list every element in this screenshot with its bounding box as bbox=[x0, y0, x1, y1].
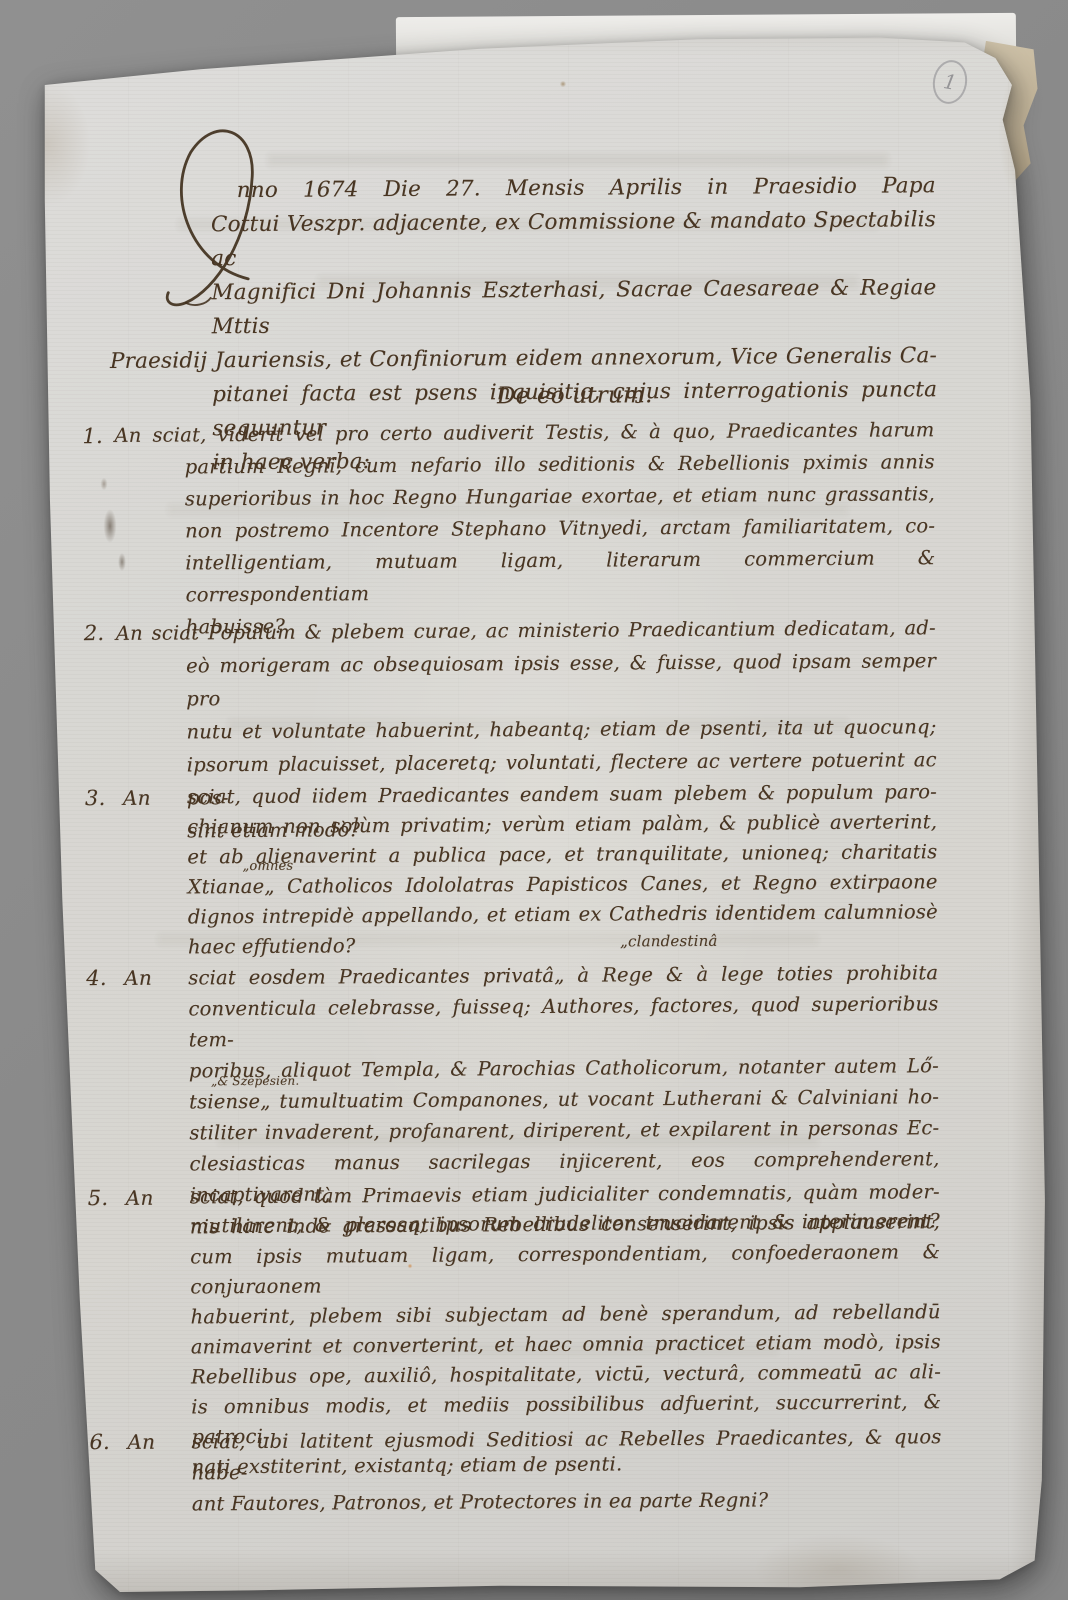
interlinear-note: „clandestinâ bbox=[620, 935, 718, 949]
text-line-content: Xtianae„ Catholicos Idololatras Papistic… bbox=[187, 870, 937, 898]
text-line-content: tsiense„ tumultuatim Companones, ut voca… bbox=[189, 1085, 939, 1113]
scan-background: { "scan": { "background_color": "#8b8b8b… bbox=[0, 0, 1068, 1600]
item-number: 2. bbox=[84, 617, 105, 650]
text-line: „& Szepesien.tsiense„ tumultuatim Compan… bbox=[189, 1081, 939, 1117]
interlinear-note: „& Szepesien. bbox=[211, 1075, 299, 1089]
item-lead: An bbox=[127, 1427, 155, 1458]
text-line: superioribus in hoc Regno Hungariae exor… bbox=[185, 478, 935, 515]
item-lead: An bbox=[123, 783, 151, 813]
item-number: 3. bbox=[85, 783, 106, 813]
text-line: nutu et voluntate habuerint, habeantq; e… bbox=[186, 710, 936, 748]
item-body: sciat, quod iidem Praedicantes eandem su… bbox=[187, 777, 938, 962]
text-line: sciat, ubi latitent ejusmodi Seditiosi a… bbox=[191, 1421, 941, 1488]
item-body: An sciat, viderit vel pro certo audiveri… bbox=[184, 414, 936, 643]
text-line: An sciat, viderit vel pro certo audiveri… bbox=[184, 414, 934, 451]
item-number: 6. bbox=[89, 1427, 110, 1458]
text-line: Praesidij Jauriensis, et Confiniorum eid… bbox=[212, 339, 937, 378]
text-line: ant Fautores, Patronos, et Protectores i… bbox=[192, 1483, 942, 1519]
text-line: conventicula celebrasse, fuisseq; Author… bbox=[188, 988, 938, 1055]
question-item-3: 3. An sciat, quod iidem Praedicantes ean… bbox=[85, 777, 938, 963]
item-number: 5. bbox=[88, 1183, 109, 1213]
text-line: nno 1674 Die 27. Mensis Aprilis in Praes… bbox=[211, 169, 936, 208]
text-line-content: haec effutiendo? bbox=[188, 934, 356, 958]
text-line: An sciat Populum & plebem curae, ac mini… bbox=[186, 611, 936, 649]
item-lead: An bbox=[124, 963, 152, 994]
section-heading: De eo utrum. bbox=[212, 380, 937, 411]
text-line: non postremo Incentore Stephano Vitnyedi… bbox=[185, 510, 935, 547]
text-line: „omnesXtianae„ Catholicos Idololatras Pa… bbox=[187, 867, 937, 902]
manuscript-page: 1 nno 1674 Die 27. Mensis Aprilis in Pra… bbox=[18, 14, 1048, 1592]
text-line: partium Regni, cum nefario illo sedition… bbox=[185, 446, 935, 483]
question-item-6: 6. An sciat, ubi latitent ejusmodi Sedit… bbox=[89, 1421, 942, 1520]
interlinear-note: „omnes bbox=[242, 860, 293, 873]
item-lead: An bbox=[126, 1183, 154, 1213]
item-body: sciat, ubi latitent ejusmodi Seditiosi a… bbox=[191, 1421, 942, 1519]
item-number: 1. bbox=[82, 420, 103, 452]
text-line: eò morigeram ac obsequiosam ipsis esse, … bbox=[186, 644, 936, 715]
text-line: intelligentiam, mutuam ligam, literarum … bbox=[185, 542, 935, 611]
text-line: Magnifici Dni Johannis Eszterhasi, Sacra… bbox=[211, 271, 936, 344]
text-line: cum ipsis mutuam ligam, correspondentiam… bbox=[190, 1237, 940, 1302]
paper-wrap: 1 nno 1674 Die 27. Mensis Aprilis in Pra… bbox=[0, 0, 1068, 1600]
item-number: 4. bbox=[86, 963, 107, 994]
text-line: Cottui Veszpr. adjacente, ex Commissione… bbox=[211, 203, 936, 276]
manuscript-text: nno 1674 Die 27. Mensis Aprilis in Praes… bbox=[13, 10, 1054, 1595]
question-item-1: 1. An sciat, viderit vel pro certo audiv… bbox=[82, 414, 936, 644]
